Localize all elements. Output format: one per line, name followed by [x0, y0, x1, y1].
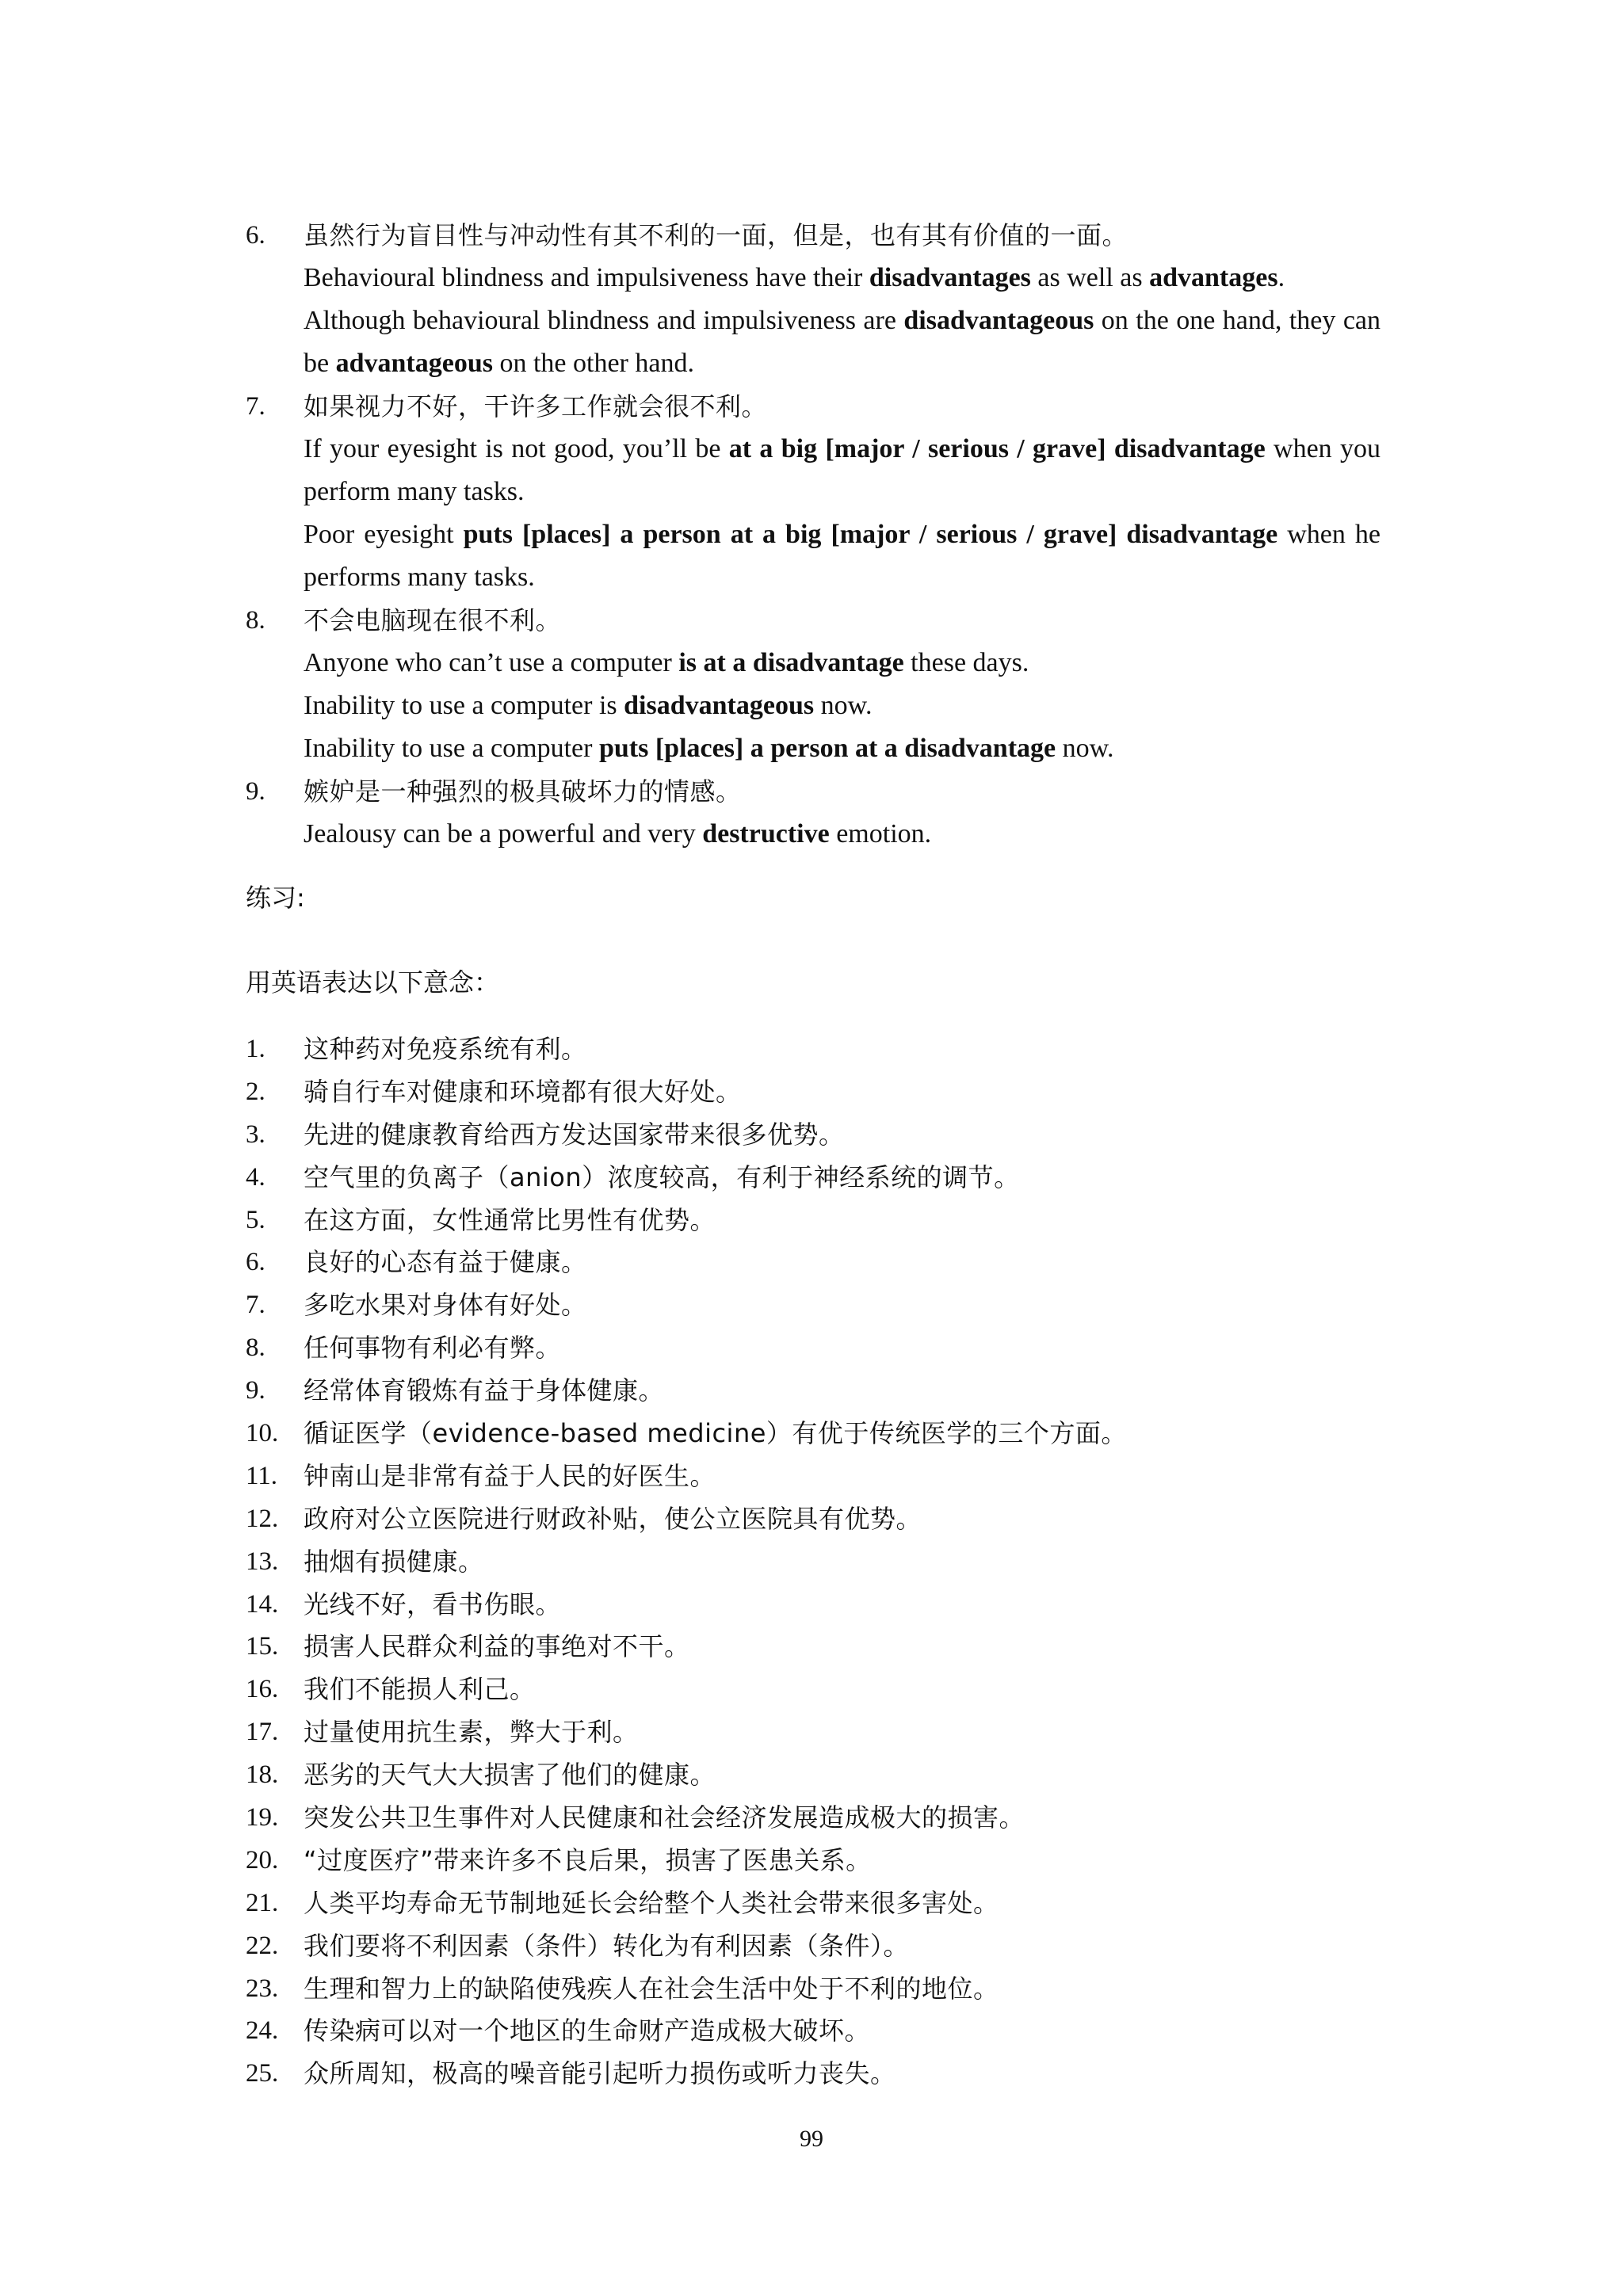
practice-item: 16.我们不能损人利己。: [246, 1668, 1381, 1711]
example-translation: Inability to use a computer puts [places…: [304, 727, 1381, 770]
practice-item: 7.多吃水果对身体有好处。: [246, 1283, 1381, 1326]
page-number: 99: [0, 2123, 1623, 2155]
practice-item: 13.抽烟有损健康。: [246, 1540, 1381, 1583]
practice-list: 1.这种药对免疫系统有利。 2.骑自行车对健康和环境都有很大好处。 3.先进的健…: [246, 1028, 1381, 2095]
example-chinese: 不会电脑现在很不利。: [304, 599, 1381, 642]
example-translation: Behavioural blindness and impulsiveness …: [304, 257, 1381, 299]
practice-item: 5.在这方面，女性通常比男性有优势。: [246, 1199, 1381, 1241]
practice-item: 19.突发公共卫生事件对人民健康和社会经济发展造成极大的损害。: [246, 1796, 1381, 1839]
practice-item: 15.损害人民群众利益的事绝对不干。: [246, 1625, 1381, 1668]
practice-item: 10.循证医学（evidence-based medicine）有优于传统医学的…: [246, 1412, 1381, 1455]
example-item-9: 9. 嫉妒是一种强烈的极具破坏力的情感。 Jealousy can be a p…: [246, 770, 1381, 856]
practice-item: 11.钟南山是非常有益于人民的好医生。: [246, 1455, 1381, 1497]
practice-item: 6.良好的心态有益于健康。: [246, 1241, 1381, 1283]
practice-item: 12.政府对公立医院进行财政补贴，使公立医院具有优势。: [246, 1497, 1381, 1540]
practice-item: 1.这种药对免疫系统有利。: [246, 1028, 1381, 1070]
practice-item: 8.任何事物有利必有弊。: [246, 1326, 1381, 1369]
practice-item: 9.经常体育锻炼有益于身体健康。: [246, 1369, 1381, 1412]
document-page: 6. 虽然行为盲目性与冲动性有其不利的一面，但是，也有其有价值的一面。 Beha…: [0, 0, 1623, 2296]
example-chinese: 如果视力不好，干许多工作就会很不利。: [304, 385, 1381, 428]
practice-item: 25.众所周知，极高的噪音能引起听力损伤或听力丧失。: [246, 2052, 1381, 2095]
example-translation: Anyone who can’t use a computer is at a …: [304, 642, 1381, 685]
example-number: 9.: [246, 770, 301, 813]
example-translation: Poor eyesight puts [places] a person at …: [304, 513, 1381, 599]
example-item-8: 8. 不会电脑现在很不利。 Anyone who can’t use a com…: [246, 599, 1381, 770]
example-translation: Although behavioural blindness and impul…: [304, 299, 1381, 385]
example-number: 8.: [246, 599, 301, 642]
practice-item: 17.过量使用抗生素，弊大于利。: [246, 1711, 1381, 1753]
practice-item: 20.“过度医疗”带来许多不良后果，损害了医患关系。: [246, 1839, 1381, 1882]
example-number: 7.: [246, 385, 301, 428]
practice-item: 14.光线不好，看书伤眼。: [246, 1583, 1381, 1626]
practice-instruction: 用英语表达以下意念：: [246, 961, 499, 1004]
example-translation: If your eyesight is not good, you’ll be …: [304, 428, 1381, 513]
example-translation: Inability to use a computer is disadvant…: [304, 685, 1381, 727]
practice-item: 18.恶劣的天气大大损害了他们的健康。: [246, 1753, 1381, 1796]
practice-heading: 练习:: [246, 876, 305, 919]
practice-item: 21.人类平均寿命无节制地延长会给整个人类社会带来很多害处。: [246, 1882, 1381, 1924]
practice-item: 3.先进的健康教育给西方发达国家带来很多优势。: [246, 1113, 1381, 1156]
practice-item: 22.我们要将不利因素（条件）转化为有利因素（条件）。: [246, 1924, 1381, 1967]
example-item-6: 6. 虽然行为盲目性与冲动性有其不利的一面，但是，也有其有价值的一面。 Beha…: [246, 214, 1381, 385]
example-chinese: 嫉妒是一种强烈的极具破坏力的情感。: [304, 770, 1381, 813]
example-chinese: 虽然行为盲目性与冲动性有其不利的一面，但是，也有其有价值的一面。: [304, 214, 1381, 257]
example-item-7: 7. 如果视力不好，干许多工作就会很不利。 If your eyesight i…: [246, 385, 1381, 599]
practice-item: 2.骑自行车对健康和环境都有很大好处。: [246, 1070, 1381, 1113]
practice-item: 24.传染病可以对一个地区的生命财产造成极大破坏。: [246, 2009, 1381, 2052]
example-translation: Jealousy can be a powerful and very dest…: [304, 813, 1381, 856]
practice-item: 23.生理和智力上的缺陷使残疾人在社会生活中处于不利的地位。: [246, 1967, 1381, 2010]
example-number: 6.: [246, 214, 301, 257]
practice-item: 4.空气里的负离子（anion）浓度较高，有利于神经系统的调节。: [246, 1156, 1381, 1199]
